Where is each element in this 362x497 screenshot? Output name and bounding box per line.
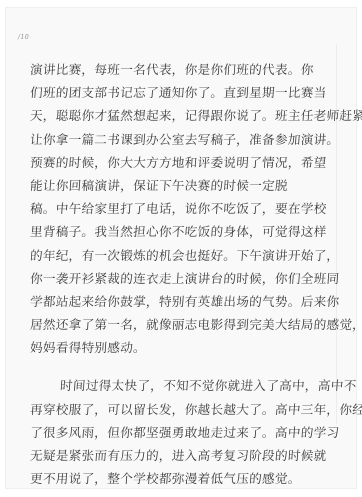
text-line: 时间过得太快了，不知不觉你就进入了高中，高中不 <box>29 374 337 397</box>
text-line: 能让你回稿演讲，保证下午决赛的时候一定脱 <box>29 174 337 197</box>
text-line: 里背稿子。我当然担心你不吃饭的身体，可觉得这样 <box>29 220 337 243</box>
text-line: 稿。中午给家里打了电话，说你不吃饭了，要在学校 <box>29 197 337 220</box>
text-line: 天，聪聪你才猛然想起来，记得跟你说了。班主任老师赶紧 <box>29 104 337 127</box>
page-number: /10 <box>18 34 29 41</box>
margin-line <box>336 44 337 424</box>
paragraph-gap <box>30 359 336 374</box>
text-line: 居然还拿了第一名，就像丽志电影得到完美大结局的感觉， <box>29 313 337 336</box>
scanned-page: /10 演讲比赛，每班一名代表，你是你们班的代表。你 们班的团支部书记忘了通知你… <box>6 8 356 488</box>
text-line: 再穿校服了，可以留长发，你越长越大了。高中三年，你经历 <box>29 398 337 421</box>
text-line: 的年纪，有一次锻炼的机会也挺好。下午演讲开始了， <box>29 244 337 267</box>
text-line: 更不用说了，整个学校都弥漫着低气压的感觉。 <box>29 467 337 490</box>
paragraph-1: 演讲比赛，每班一名代表，你是你们班的代表。你 们班的团支部书记忘了通知你了。直到… <box>30 58 336 359</box>
text-line: 们班的团支部书记忘了通知你了。直到星期一比赛当 <box>29 81 337 104</box>
paragraph-2: 时间过得太快了，不知不觉你就进入了高中，高中不 再穿校服了，可以留长发，你越长越… <box>30 374 336 490</box>
text-line: 妈妈看得特别感动。 <box>29 336 337 359</box>
text-line: 预赛的时候，你大大方方地和评委说明了情况，希望 <box>29 151 337 174</box>
handwritten-body: 演讲比赛，每班一名代表，你是你们班的代表。你 们班的团支部书记忘了通知你了。直到… <box>30 58 336 490</box>
text-line: 了很多风雨，但你都坚强勇敢地走过来了。高中的学习 <box>29 421 337 444</box>
text-line: 演讲比赛，每班一名代表，你是你们班的代表。你 <box>29 58 337 81</box>
text-line: 无疑是紧张而有压力的，进入高考复习阶段的时候就 <box>29 444 337 467</box>
text-line: 让你拿一篇二书课到办公室去写稿子，准备参加演讲。 <box>29 128 337 151</box>
text-line: 学都站起来给你鼓掌，特别有英雄出场的气势。后来你 <box>29 290 337 313</box>
text-line: 你一袭开衫紧裁的连衣走上演讲台的时候，你们全班同 <box>29 267 337 290</box>
